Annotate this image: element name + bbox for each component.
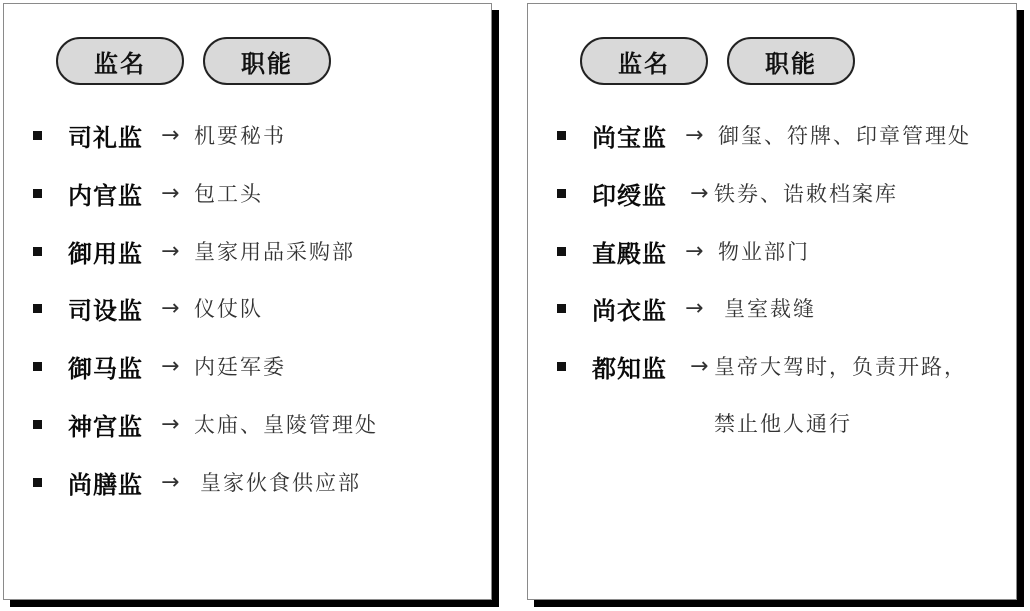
bullet-icon [557, 247, 566, 256]
office-function: 包工头 [194, 178, 263, 208]
office-name: 内官监 [68, 176, 143, 211]
arrow-icon: → [690, 181, 708, 206]
bullet-icon [33, 304, 42, 313]
bullet-icon [33, 131, 42, 140]
office-function: 内廷军委 [194, 351, 286, 381]
arrow-icon: → [161, 296, 179, 321]
office-function: 皇家用品采购部 [194, 236, 355, 266]
arrow-icon: → [690, 354, 708, 379]
office-name: 御马监 [68, 349, 143, 384]
header-pill-name: 监名 [580, 37, 708, 85]
left-panel: 监名 职能 司礼监 → 机要秘书 内官监 → 包工头 御用监 → 皇家用品采购部… [3, 3, 492, 600]
header-pill-name: 监名 [56, 37, 184, 85]
bullet-icon [33, 478, 42, 487]
bullet-icon [33, 420, 42, 429]
office-function: 机要秘书 [194, 120, 286, 150]
office-function-continued: 禁止他人通行 [714, 408, 852, 438]
office-name: 司设监 [68, 291, 143, 326]
bullet-icon [557, 131, 566, 140]
office-function: 物业部门 [718, 236, 810, 266]
office-name: 印绶监 [592, 176, 667, 211]
arrow-icon: → [685, 123, 703, 148]
arrow-icon: → [685, 296, 703, 321]
bullet-icon [33, 362, 42, 371]
office-function: 御玺、符牌、印章管理处 [718, 120, 971, 150]
bullet-icon [557, 362, 566, 371]
office-name: 尚宝监 [592, 118, 667, 153]
office-function: 仪仗队 [194, 293, 263, 323]
header-pill-function: 职能 [203, 37, 331, 85]
office-name: 司礼监 [68, 118, 143, 153]
arrow-icon: → [161, 354, 179, 379]
office-name: 尚衣监 [592, 291, 667, 326]
office-name: 尚膳监 [68, 465, 143, 500]
arrow-icon: → [161, 239, 179, 264]
arrow-icon: → [161, 181, 179, 206]
office-function: 皇室裁缝 [724, 293, 816, 323]
office-function: 铁券、诰敕档案库 [714, 178, 898, 208]
arrow-icon: → [161, 470, 179, 495]
office-function: 皇帝大驾时，负责开路， [714, 351, 967, 381]
bullet-icon [557, 189, 566, 198]
bullet-icon [33, 247, 42, 256]
right-panel: 监名 职能 尚宝监 → 御玺、符牌、印章管理处 印绶监 → 铁券、诰敕档案库 直… [527, 3, 1017, 600]
header-pill-function: 职能 [727, 37, 855, 85]
office-name: 都知监 [592, 349, 667, 384]
arrow-icon: → [685, 239, 703, 264]
bullet-icon [33, 189, 42, 198]
bullet-icon [557, 304, 566, 313]
office-name: 御用监 [68, 234, 143, 269]
office-function: 太庙、皇陵管理处 [194, 409, 378, 439]
arrow-icon: → [161, 123, 179, 148]
office-function: 皇家伙食供应部 [200, 467, 361, 497]
arrow-icon: → [161, 412, 179, 437]
office-name: 直殿监 [592, 234, 667, 269]
office-name: 神宫监 [68, 407, 143, 442]
